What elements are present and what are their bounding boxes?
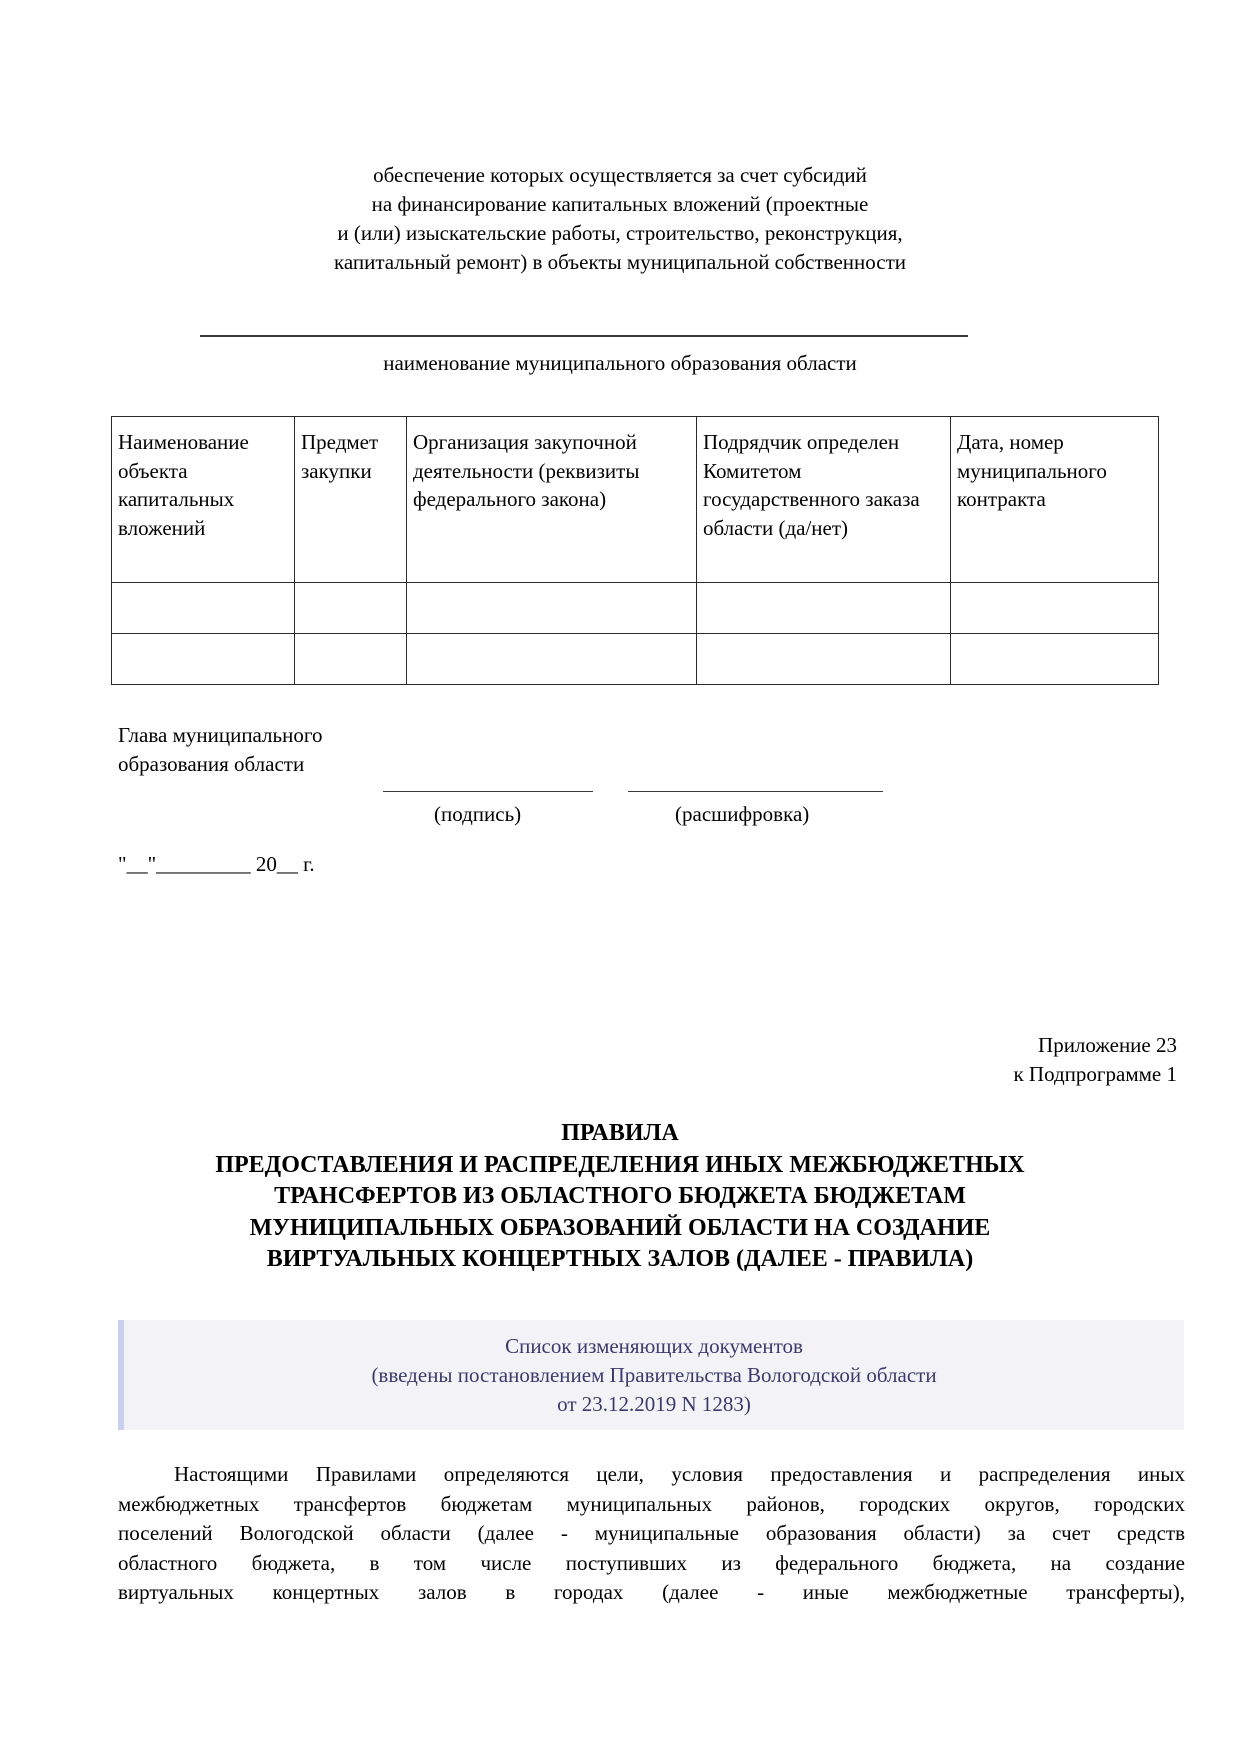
municipality-caption: наименование муниципального образования …	[0, 349, 1240, 378]
signature-caption: (подпись)	[434, 800, 521, 829]
intro-text: обеспечение которых осуществляется за сч…	[0, 161, 1240, 277]
changes-line[interactable]: (введены постановлением Правительства Во…	[124, 1361, 1184, 1390]
header-contract-date-number: Дата, номер муниципального контракта	[951, 417, 1159, 583]
intro-line: на финансирование капитальных вложений (…	[0, 190, 1240, 219]
table-row	[112, 583, 1159, 634]
table-cell[interactable]	[295, 634, 407, 685]
intro-line: обеспечение которых осуществляется за сч…	[0, 161, 1240, 190]
amending-documents-box: Список изменяющих документов (введены по…	[118, 1320, 1184, 1430]
title-line: ПРАВИЛА	[0, 1118, 1240, 1150]
header-procurement-subject: Предмет закупки	[295, 417, 407, 583]
header-procurement-organization: Организация закупочной деятельности (рек…	[407, 417, 697, 583]
paragraph-line: виртуальных концертных залов в городах (…	[118, 1578, 1185, 1608]
table-cell[interactable]	[407, 583, 697, 634]
title-line: ПРЕДОСТАВЛЕНИЯ И РАСПРЕДЕЛЕНИЯ ИНЫХ МЕЖБ…	[0, 1150, 1240, 1182]
title-line: ТРАНСФЕРТОВ ИЗ ОБЛАСТНОГО БЮДЖЕТА БЮДЖЕТ…	[0, 1181, 1240, 1213]
body-paragraph: Настоящими Правилами определяются цели, …	[118, 1460, 1185, 1608]
table-cell[interactable]	[697, 634, 951, 685]
table-cell[interactable]	[112, 634, 295, 685]
table-header-row: Наименование объекта капитальных вложени…	[112, 417, 1159, 583]
head-position-line: образования области	[118, 750, 322, 779]
transcript-caption: (расшифровка)	[675, 800, 809, 829]
head-position-line: Глава муниципального	[118, 721, 322, 750]
table-cell[interactable]	[697, 583, 951, 634]
appendix-subprogram: к Подпрограмме 1	[1013, 1060, 1177, 1089]
table-cell[interactable]	[295, 583, 407, 634]
table-cell[interactable]	[407, 634, 697, 685]
head-position-label: Глава муниципального образования области	[118, 721, 322, 779]
intro-line: капитальный ремонт) в объекты муниципаль…	[0, 248, 1240, 277]
changes-line[interactable]: от 23.12.2019 N 1283)	[124, 1390, 1184, 1419]
document-title: ПРАВИЛА ПРЕДОСТАВЛЕНИЯ И РАСПРЕДЕЛЕНИЯ И…	[0, 1118, 1240, 1276]
intro-line: и (или) изыскательские работы, строитель…	[0, 219, 1240, 248]
transcript-line[interactable]	[628, 791, 883, 792]
title-line: МУНИЦИПАЛЬНЫХ ОБРАЗОВАНИЙ ОБЛАСТИ НА СОЗ…	[0, 1213, 1240, 1245]
table-cell[interactable]	[951, 634, 1159, 685]
paragraph-line: поселений Вологодской области (далее - м…	[118, 1519, 1185, 1549]
municipality-caption-wrap: наименование муниципального образования …	[0, 349, 1240, 378]
table-cell[interactable]	[112, 583, 295, 634]
procurement-table: Наименование объекта капитальных вложени…	[111, 416, 1159, 685]
changes-heading: Список изменяющих документов	[124, 1332, 1184, 1361]
paragraph-line: областного бюджета, в том числе поступив…	[118, 1549, 1185, 1579]
paragraph-line: межбюджетных трансфертов бюджетам муници…	[118, 1490, 1185, 1520]
appendix-reference: Приложение 23 к Подпрограмме 1	[1013, 1031, 1177, 1089]
municipality-name-line[interactable]	[200, 335, 968, 337]
signature-line[interactable]	[383, 791, 593, 792]
header-capital-object: Наименование объекта капитальных вложени…	[112, 417, 295, 583]
table-cell[interactable]	[951, 583, 1159, 634]
appendix-number: Приложение 23	[1013, 1031, 1177, 1060]
paragraph-line: Настоящими Правилами определяются цели, …	[118, 1460, 1185, 1490]
header-contractor-determined: Подрядчик определен Комитетом государств…	[697, 417, 951, 583]
title-line: ВИРТУАЛЬНЫХ КОНЦЕРТНЫХ ЗАЛОВ (ДАЛЕЕ - ПР…	[0, 1244, 1240, 1276]
table-row	[112, 634, 1159, 685]
date-line[interactable]: "__"_________ 20__ г.	[118, 850, 315, 879]
